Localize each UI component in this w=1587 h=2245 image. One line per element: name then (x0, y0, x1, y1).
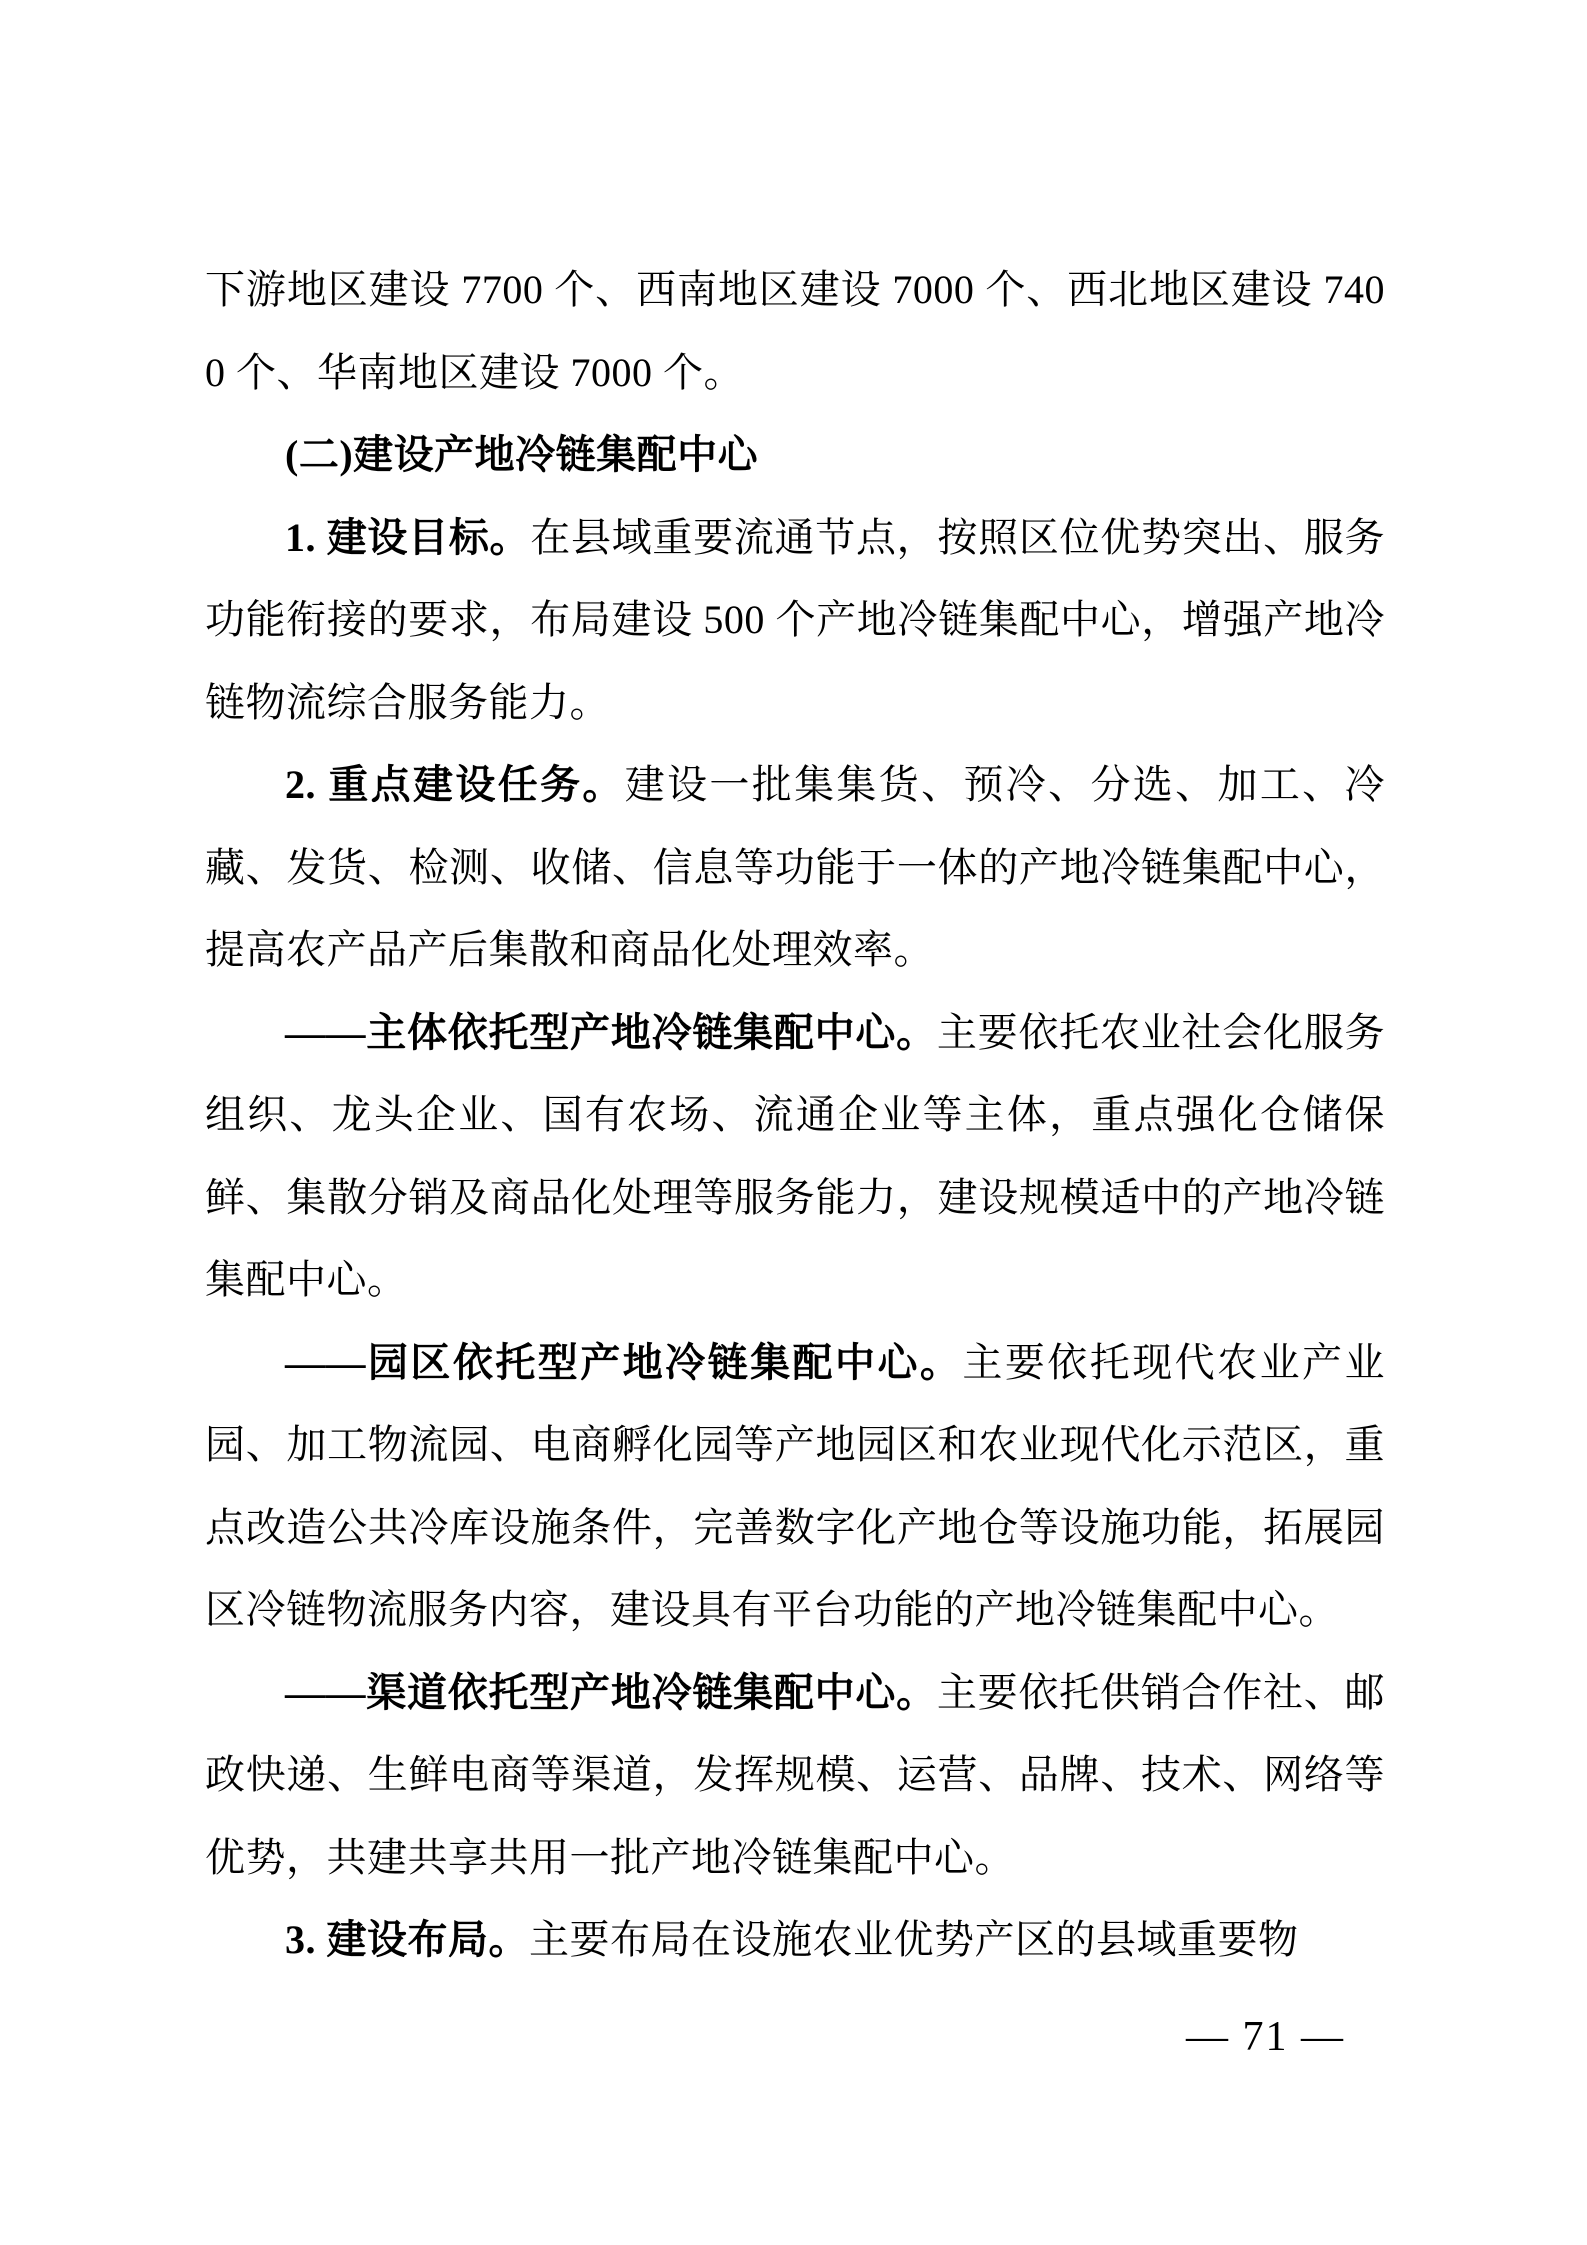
paragraph-dash-channel: ——渠道依托型产地冷链集配中心。主要依托供销合作社、邮政快递、生鲜电商等渠道，发… (205, 1652, 1385, 1900)
paragraph-numbered-3: 3. 建设布局。主要布局在设施农业优势产区的县域重要物 (205, 1899, 1385, 1982)
section-heading: (二)建设产地冷链集配中心 (205, 414, 1385, 497)
paragraph-lead: ——主体依托型产地冷链集配中心。 (285, 1010, 937, 1055)
paragraph-lead: 1. 建设目标。 (285, 515, 530, 560)
document-body: 下游地区建设 7700 个、西南地区建设 7000 个、西北地区建设 7400 … (205, 249, 1385, 1982)
paragraph-numbered-1: 1. 建设目标。在县域重要流通节点，按照区位优势突出、服务功能衔接的要求，布局建… (205, 497, 1385, 745)
paragraph-lead: ——园区依托型产地冷链集配中心。 (285, 1340, 962, 1385)
paragraph-text: 下游地区建设 7700 个、西南地区建设 7000 个、西北地区建设 7400 … (205, 267, 1385, 395)
paragraph-numbered-2: 2. 重点建设任务。建设一批集集货、预冷、分选、加工、冷藏、发货、检测、收储、信… (205, 744, 1385, 992)
section-heading-text: (二)建设产地冷链集配中心 (285, 432, 758, 477)
document-page: { "page": { "background": "#ffffff", "te… (0, 0, 1587, 2245)
paragraph-dash-subject: ——主体依托型产地冷链集配中心。主要依托农业社会化服务组织、龙头企业、国有农场、… (205, 992, 1385, 1322)
page-number: — 71 — (1186, 2013, 1345, 2061)
paragraph-text: 主要布局在设施农业优势产区的县域重要物 (529, 1917, 1299, 1962)
paragraph-dash-park: ——园区依托型产地冷链集配中心。主要依托现代农业产业园、加工物流园、电商孵化园等… (205, 1322, 1385, 1652)
paragraph-lead: 2. 重点建设任务。 (285, 762, 625, 807)
paragraph-lead: ——渠道依托型产地冷链集配中心。 (285, 1670, 937, 1715)
paragraph-continuation: 下游地区建设 7700 个、西南地区建设 7000 个、西北地区建设 7400 … (205, 249, 1385, 414)
paragraph-lead: 3. 建设布局。 (285, 1917, 529, 1962)
